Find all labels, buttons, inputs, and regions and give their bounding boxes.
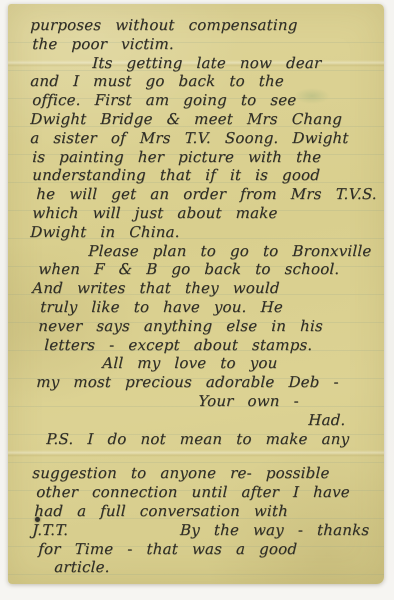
handwritten-line: Please plan to go to Bronxville xyxy=(30,242,377,261)
handwritten-line: Your own - xyxy=(30,392,377,411)
handwritten-line: Had. xyxy=(30,411,377,430)
handwritten-line: for Time - that was a good xyxy=(30,540,377,559)
handwritten-line: letters - except about stamps. xyxy=(30,336,377,355)
scan-background: purposes without compensatingthe poor vi… xyxy=(0,0,394,600)
handwritten-line: Its getting late now dear xyxy=(30,54,377,73)
handwritten-line: suggestion to anyone re- possible xyxy=(30,464,377,483)
letter-body: purposes without compensatingthe poor vi… xyxy=(30,16,376,577)
handwritten-line: All my love to you xyxy=(30,354,377,373)
handwritten-line: which will just about make xyxy=(30,204,377,223)
handwritten-line: never says anything else in his xyxy=(30,317,377,336)
handwritten-line: he will get an order from Mrs T.V.S. xyxy=(30,185,377,204)
handwritten-line: truly like to have you. He xyxy=(30,298,377,317)
handwritten-line: is painting her picture with the xyxy=(30,148,377,167)
handwritten-line: when F & B go back to school. xyxy=(30,260,377,279)
handwritten-line: the poor victim. xyxy=(30,35,377,54)
handwritten-line: Dwight in China. xyxy=(30,223,377,242)
letter-paper: purposes without compensatingthe poor vi… xyxy=(8,4,384,584)
handwritten-line: Dwight Bridge & meet Mrs Chang xyxy=(30,110,377,129)
handwritten-line: And writes that they would xyxy=(30,279,377,298)
handwritten-line: purposes without compensating xyxy=(30,16,377,35)
handwritten-line: my most precious adorable Deb - xyxy=(30,373,377,392)
handwritten-line: had a full conversation with xyxy=(30,502,377,521)
handwritten-line: and I must go back to the xyxy=(30,72,377,91)
handwritten-line: office. First am going to see xyxy=(30,91,377,110)
handwritten-line: a sister of Mrs T.V. Soong. Dwight xyxy=(30,129,377,148)
handwritten-line: understanding that if it is good xyxy=(30,166,377,185)
handwritten-line: article. xyxy=(30,558,377,577)
handwritten-line: J.T.T. By the way - thanks xyxy=(30,521,377,540)
handwritten-line: P.S. I do not mean to make any xyxy=(30,430,377,449)
handwritten-line: other connection until after I have xyxy=(30,483,377,502)
